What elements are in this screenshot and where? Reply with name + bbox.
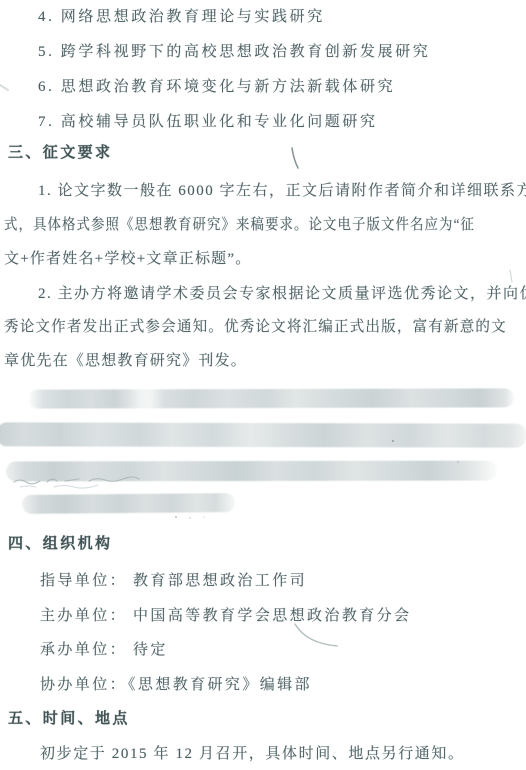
org-entry-value: 待定 xyxy=(133,642,168,658)
org-entry: 主办单位：中国高等教育学会思想政治教育分会 xyxy=(40,606,411,626)
paragraph-line: 2. 主办方将邀请学术委员会专家根据论文质量评选优秀论文，并向优 xyxy=(38,284,526,304)
topic-item: 4. 网络思想政治教育理论与实践研究 xyxy=(38,7,325,27)
scribble-remnant xyxy=(20,485,98,488)
pen-mark xyxy=(292,148,298,168)
org-entry-label: 承办单位： xyxy=(40,642,127,658)
section-heading-organization: 四、组织机构 xyxy=(8,534,112,554)
paragraph-line: 章优先在《思想教育研究》刊发。 xyxy=(4,351,247,371)
org-entry: 指导单位：教育部思想政治工作司 xyxy=(40,571,307,591)
topic-item: 7. 高校辅导员队伍职业化和专业化问题研究 xyxy=(38,112,378,132)
document-page: 4. 网络思想政治教育理论与实践研究 5. 跨学科视野下的高校思想政治教育创新发… xyxy=(0,0,526,770)
topic-item: 5. 跨学科视野下的高校思想政治教育创新发展研究 xyxy=(38,42,430,62)
scan-speck xyxy=(175,516,177,518)
redaction-bar xyxy=(28,388,514,408)
redaction-bar xyxy=(22,493,235,514)
pen-mark xyxy=(0,85,8,90)
redaction-bar xyxy=(0,422,526,447)
paragraph-line: 秀论文作者发出正式参会通知。优秀论文将汇编正式出版，富有新意的文 xyxy=(4,317,507,337)
paragraph-line: 文+作者姓名+学校+文章正标题”。 xyxy=(4,249,251,269)
org-entry: 协办单位：《思想教育研究》编辑部 xyxy=(40,675,312,695)
section-heading-requirements: 三、征文要求 xyxy=(8,143,112,163)
section-heading-schedule: 五、时间、地点 xyxy=(8,709,130,729)
org-entry-value: 《思想教育研究》编辑部 xyxy=(128,677,312,693)
paragraph-line: 式，具体格式参照《思想教育研究》来稿要求。论文电子版文件名应为“征 xyxy=(4,215,475,235)
schedule-line: 初步定于 2015 年 12 月召开，具体时间、地点另行通知。 xyxy=(40,744,465,764)
org-entry-value: 中国高等教育学会思想政治教育分会 xyxy=(133,608,411,624)
topic-item: 6. 思想政治教育环境变化与新方法新载体研究 xyxy=(38,77,395,97)
org-entry-label: 协办单位： xyxy=(40,677,127,693)
pen-mark xyxy=(295,624,337,646)
scan-speck xyxy=(189,517,191,519)
org-entry-value: 教育部思想政治工作司 xyxy=(133,573,307,589)
scan-speck xyxy=(203,516,205,518)
org-entry-label: 主办单位： xyxy=(40,608,127,624)
org-entry-label: 指导单位： xyxy=(40,573,127,589)
pen-mark xyxy=(510,270,512,282)
paragraph-line: 1. 论文字数一般在 6000 字左右，正文后请附作者简介和详细联系方 xyxy=(38,181,526,201)
redaction-bar xyxy=(6,461,497,482)
org-entry: 承办单位：待定 xyxy=(40,640,168,660)
